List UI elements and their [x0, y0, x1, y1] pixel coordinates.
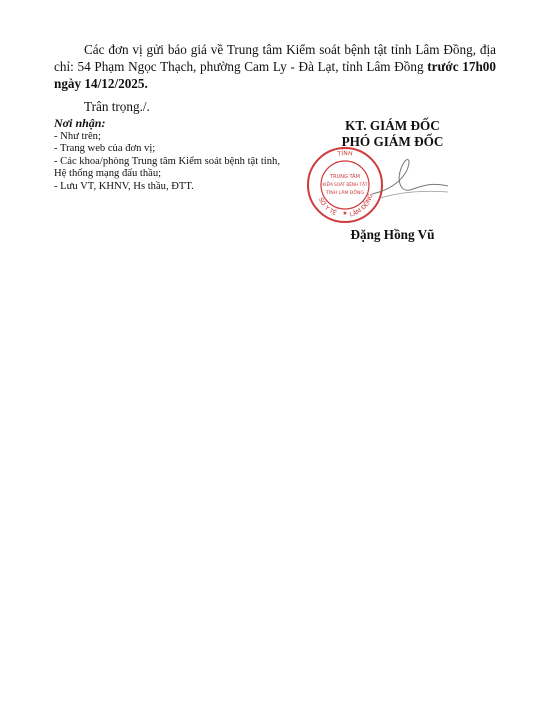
svg-text:KIỂM SOÁT BỆNH TẬT: KIỂM SOÁT BỆNH TẬT [323, 182, 368, 187]
recipients-title: Nơi nhận: [54, 117, 294, 130]
svg-text:★: ★ [342, 210, 347, 217]
signature-title-1: KT. GIÁM ĐỐC [300, 118, 485, 134]
recipient-item: - Trang web của đơn vị; [54, 143, 294, 156]
svg-text:TỈNH: TỈNH [336, 149, 353, 158]
recipient-item: - Lưu VT, KHNV, Hs thầu, ĐTT. [54, 181, 294, 194]
recipient-item: - Các khoa/phòng Trung tâm Kiểm soát bện… [54, 156, 294, 181]
closing-text: Trân trọng./. [84, 99, 150, 114]
svg-text:TRUNG TÂM: TRUNG TÂM [329, 173, 360, 180]
body-paragraph: Các đơn vị gửi báo giá về Trung tâm Kiểm… [54, 41, 496, 92]
handwritten-signature [370, 152, 450, 202]
signer-name: Đặng Hồng Vũ [300, 227, 485, 243]
closing-paragraph: Trân trọng./. [54, 98, 496, 115]
recipient-item: - Như trên; [54, 131, 294, 144]
recipients-block: Nơi nhận: - Như trên; - Trang web của đơ… [54, 117, 294, 194]
svg-text:TỈNH LÂM ĐỒNG: TỈNH LÂM ĐỒNG [325, 187, 364, 196]
